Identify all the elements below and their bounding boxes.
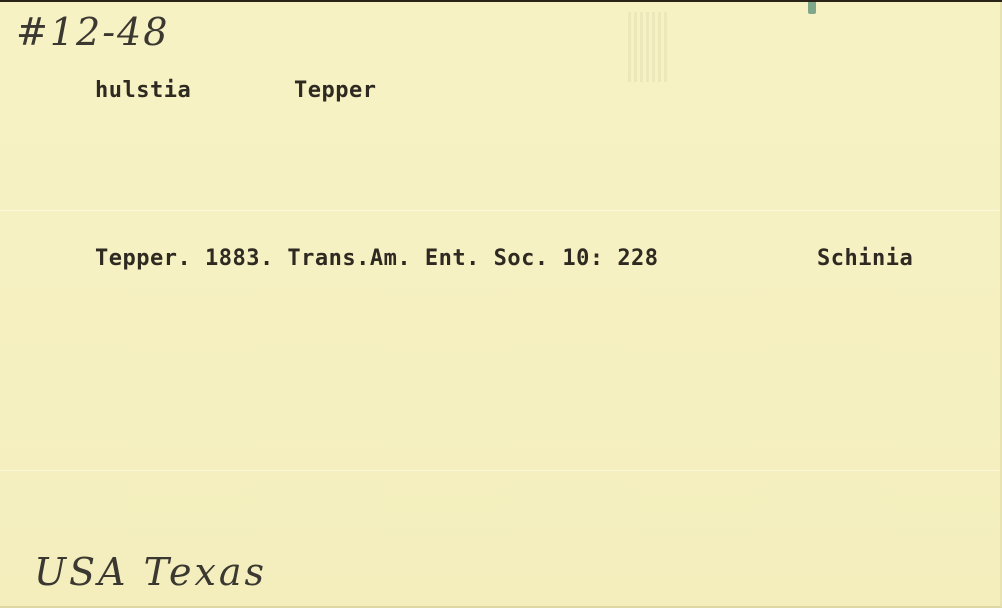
card-tab-marker <box>808 2 816 14</box>
index-card: #12-48 hulstia Tepper Tepper. 1883. Tran… <box>0 2 1002 608</box>
author-name: Tepper <box>294 78 376 103</box>
ink-smudge <box>628 12 668 82</box>
card-rule-line <box>0 210 1000 211</box>
card-number: #12-48 <box>16 10 169 54</box>
locality-note: USA Texas <box>34 550 267 594</box>
citation-text: Tepper. 1883. Trans.Am. Ent. Soc. 10: 22… <box>95 246 659 271</box>
species-name: hulstia <box>95 78 191 103</box>
genus-name: Schinia <box>817 246 913 271</box>
card-rule-line <box>0 470 1000 471</box>
